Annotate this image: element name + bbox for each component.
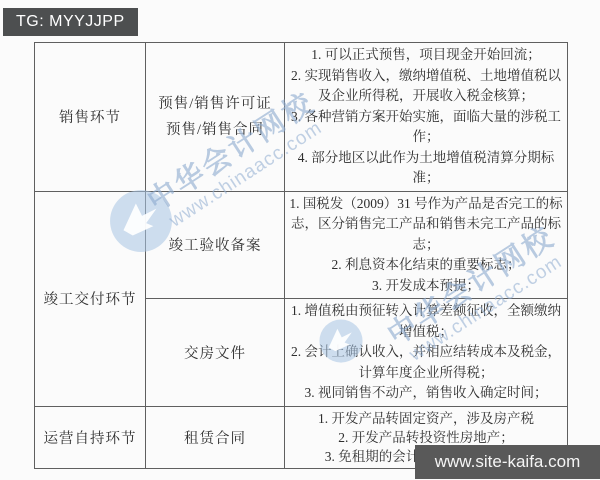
point-item: 1. 开发产品转固定资产，涉及房产税 — [288, 409, 564, 428]
document-cell: 预售/销售许可证 预售/销售合同 — [146, 43, 285, 192]
stage-cell: 竣工交付环节 — [35, 191, 146, 406]
document-cell: 租赁合同 — [146, 406, 285, 468]
point-item: 4. 部分地区以此作为土地增值税清算分期标准； — [288, 148, 564, 189]
point-item: 1. 国税发（2009）31 号作为产品是否完工的标志，区分销售完工产品和销售未… — [288, 194, 564, 256]
point-item: 2. 开发产品转投资性房地产； — [288, 428, 564, 447]
stage-cell: 运营自持环节 — [35, 406, 146, 468]
tag-badge: TG: MYYJJPP — [3, 8, 138, 36]
point-item: 2. 会计上确认收入，并相应结转成本及税金，计算年度企业所得税； — [288, 342, 564, 383]
table-row: 竣工交付环节 竣工验收备案 1. 国税发（2009）31 号作为产品是否完工的标… — [35, 191, 568, 299]
point-item: 3. 各种营销方案开始实施，面临大量的涉税工作； — [288, 107, 564, 148]
point-item: 1. 可以正式预售，项目现金开始回流； — [288, 45, 564, 66]
table-row: 销售环节 预售/销售许可证 预售/销售合同 1. 可以正式预售，项目现金开始回流… — [35, 43, 568, 192]
tax-stages-table: 销售环节 预售/销售许可证 预售/销售合同 1. 可以正式预售，项目现金开始回流… — [34, 42, 568, 469]
point-item: 2. 利息资本化结束的重要标志； — [288, 255, 564, 276]
points-cell: 1. 增值税由预征转入计算差额征收，全额缴纳增值税； 2. 会计上确认收入，并相… — [285, 299, 568, 407]
point-item: 2. 实现销售收入，缴纳增值税、土地增值税以及企业所得税，开展收入税金核算； — [288, 66, 564, 107]
document-cell: 竣工验收备案 — [146, 191, 285, 299]
points-cell: 1. 国税发（2009）31 号作为产品是否完工的标志，区分销售完工产品和销售未… — [285, 191, 568, 299]
point-item: 1. 增值税由预征转入计算差额征收，全额缴纳增值税； — [288, 301, 564, 342]
point-item: 3. 视同销售不动产，销售收入确定时间； — [288, 383, 564, 404]
site-footer-bar: www.site-kaifa.com — [415, 445, 600, 479]
document-line: 预售/销售许可证 — [149, 91, 281, 117]
page: TG: MYYJJPP 销售环节 预售/销售许可证 预售/销售合同 1. 可以正… — [0, 0, 600, 480]
point-item: 3. 开发成本预提； — [288, 276, 564, 297]
document-cell: 交房文件 — [146, 299, 285, 407]
document-line: 预售/销售合同 — [149, 117, 281, 143]
points-cell: 1. 可以正式预售，项目现金开始回流； 2. 实现销售收入，缴纳增值税、土地增值… — [285, 43, 568, 192]
stage-cell: 销售环节 — [35, 43, 146, 192]
